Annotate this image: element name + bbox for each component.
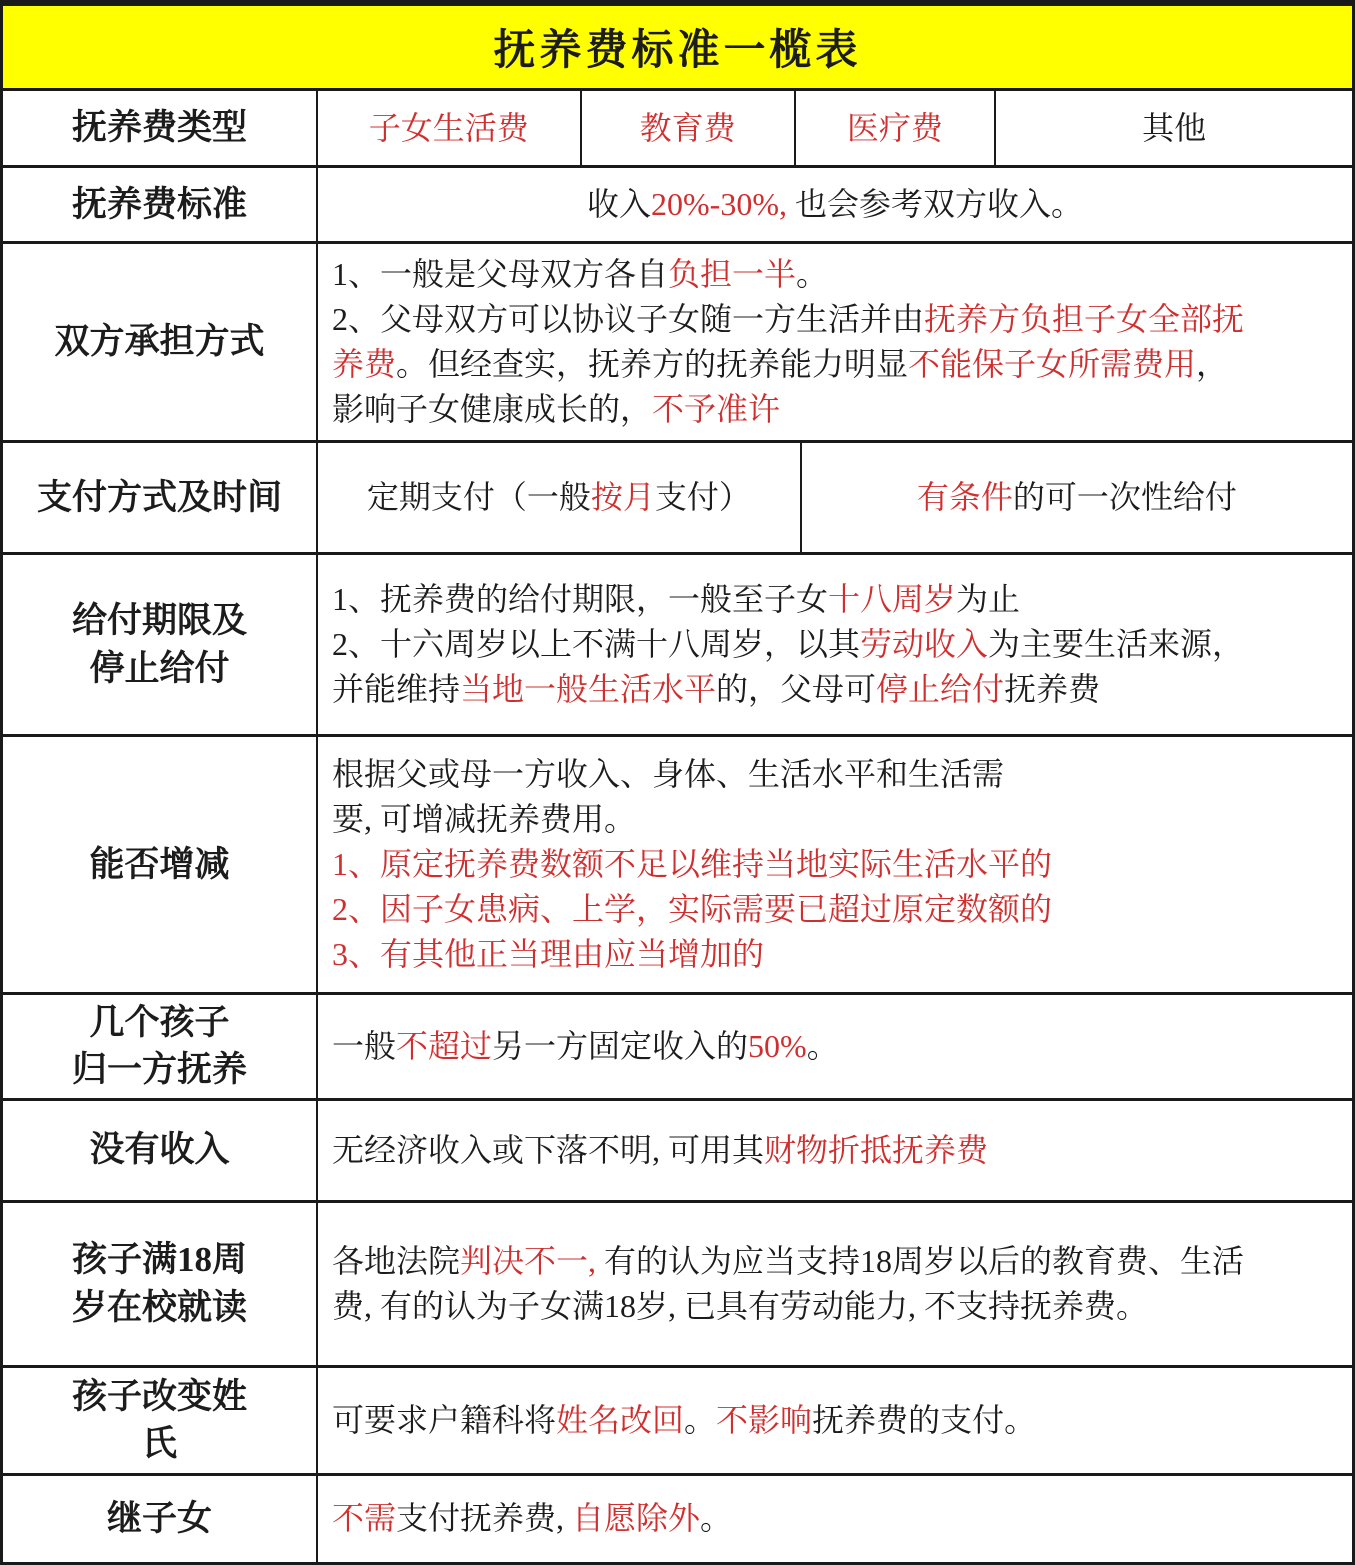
cell-line: 定期支付（一般按月支付） — [367, 475, 751, 520]
row-label: 抚养费标准 — [3, 168, 318, 241]
cell-line: 不需支付抚养费, 自愿除外。 — [332, 1496, 732, 1541]
text-segment: 有的认为应当支持18周岁以后的教育费、生活 — [596, 1243, 1244, 1279]
text-segment: 各地法院 — [332, 1243, 460, 1279]
cell-line: 各地法院判决不一, 有的认为应当支持18周岁以后的教育费、生活 — [332, 1239, 1244, 1284]
cell-line: 1、抚养费的给付期限，一般至子女十八周岁为止 — [332, 577, 1020, 622]
text-segment: 另一方固定收入的 — [492, 1028, 748, 1064]
row-cells: 根据父或母一方收入、身体、生活水平和生活需要, 可增减抚养费用。1、原定抚养费数… — [318, 737, 1352, 992]
highlight-text: 抚养方负担子女全部抚 — [924, 301, 1244, 337]
cell-line: 无经济收入或下落不明, 可用其财物折抵抚养费 — [332, 1128, 988, 1173]
text-segment: 费, 有的认为子女满18岁, 已具有劳动能力, 不支持抚养费。 — [332, 1288, 1148, 1324]
highlight-text: 医疗费 — [847, 110, 943, 146]
highlight-text: 20%-30%, — [651, 186, 787, 222]
cell-line: 教育费 — [640, 106, 736, 151]
row-label: 孩子改变姓 氏 — [3, 1368, 318, 1473]
text-segment: ， — [1196, 346, 1228, 382]
table-body: 抚养费类型子女生活费教育费医疗费其他抚养费标准收入20%-30%, 也会参考双方… — [3, 91, 1352, 1562]
text-segment: 为主要生活来源， — [988, 626, 1244, 662]
row-cells: 可要求户籍科将姓名改回。不影响抚养费的支付。 — [318, 1368, 1352, 1473]
highlight-text: 不需 — [332, 1500, 396, 1536]
table-row: 支付方式及时间定期支付（一般按月支付）有条件的可一次性给付 — [3, 443, 1352, 555]
row-cell: 医疗费 — [794, 91, 995, 165]
row-label: 继子女 — [3, 1476, 318, 1562]
cell-line: 子女生活费 — [369, 106, 529, 151]
row-cell: 根据父或母一方收入、身体、生活水平和生活需要, 可增减抚养费用。1、原定抚养费数… — [318, 737, 1352, 992]
cell-line: 并能维持当地一般生活水平的，父母可停止给付抚养费 — [332, 667, 1100, 712]
text-segment: 收入 — [587, 186, 651, 222]
cell-line: 2、因子女患病、上学，实际需要已超过原定数额的 — [332, 887, 1052, 932]
row-label: 几个孩子 归一方抚养 — [3, 995, 318, 1098]
cell-line: 费, 有的认为子女满18岁, 已具有劳动能力, 不支持抚养费。 — [332, 1284, 1148, 1329]
row-cells: 一般不超过另一方固定收入的50%。 — [318, 995, 1352, 1098]
row-cells: 1、一般是父母双方各自负担一半。2、父母双方可以协议子女随一方生活并由抚养方负担… — [318, 244, 1352, 440]
row-cells: 定期支付（一般按月支付）有条件的可一次性给付 — [318, 443, 1352, 552]
text-segment: 抚养费 — [1004, 671, 1100, 707]
text-segment: 也会参考双方收入。 — [787, 186, 1083, 222]
text-segment: 一般 — [332, 1028, 396, 1064]
text-segment: 要, 可增减抚养费用。 — [332, 801, 636, 837]
highlight-text: 2、因子女患病、上学，实际需要已超过原定数额的 — [332, 891, 1052, 927]
text-segment: 。 — [684, 1402, 716, 1438]
highlight-text: 十八周岁 — [828, 581, 956, 617]
cell-line: 1、一般是父母双方各自负担一半。 — [332, 252, 828, 297]
table-row: 抚养费标准收入20%-30%, 也会参考双方收入。 — [3, 168, 1352, 244]
row-cell: 子女生活费 — [318, 91, 580, 165]
table-row: 孩子满18周 岁在校就读各地法院判决不一, 有的认为应当支持18周岁以后的教育费… — [3, 1203, 1352, 1368]
highlight-text: 停止给付 — [876, 671, 1004, 707]
highlight-text: 50% — [748, 1028, 807, 1064]
text-segment: 影响子女健康成长的， — [332, 391, 652, 427]
row-label: 双方承担方式 — [3, 244, 318, 440]
text-segment: 2、十六周岁以上不满十八周岁，以其 — [332, 626, 860, 662]
highlight-text: 按月 — [591, 479, 655, 515]
table-title: 抚养费标准一榄表 — [3, 6, 1352, 91]
cell-line: 2、父母双方可以协议子女随一方生活并由抚养方负担子女全部抚 — [332, 297, 1244, 342]
highlight-text: 劳动收入 — [860, 626, 988, 662]
text-segment: 的，父母可 — [716, 671, 876, 707]
text-segment: 抚养费的支付。 — [812, 1402, 1036, 1438]
text-segment: 根据父或母一方收入、身体、生活水平和生活需 — [332, 756, 1004, 792]
highlight-text: 负担一半 — [668, 256, 796, 292]
row-cells: 子女生活费教育费医疗费其他 — [318, 91, 1352, 165]
row-label: 能否增减 — [3, 737, 318, 992]
highlight-text: 教育费 — [640, 110, 736, 146]
cell-line: 可要求户籍科将姓名改回。不影响抚养费的支付。 — [332, 1398, 1036, 1443]
row-cell: 有条件的可一次性给付 — [800, 443, 1352, 552]
row-label: 抚养费类型 — [3, 91, 318, 165]
text-segment: 支付抚养费, — [396, 1500, 572, 1536]
text-segment: 。 — [796, 256, 828, 292]
table-row: 几个孩子 归一方抚养一般不超过另一方固定收入的50%。 — [3, 995, 1352, 1101]
row-cells: 无经济收入或下落不明, 可用其财物折抵抚养费 — [318, 1101, 1352, 1200]
highlight-text: 自愿除外 — [572, 1500, 700, 1536]
highlight-text: 养费 — [332, 346, 396, 382]
highlight-text: 判决不一, — [460, 1243, 596, 1279]
row-cell: 1、一般是父母双方各自负担一半。2、父母双方可以协议子女随一方生活并由抚养方负担… — [318, 244, 1352, 440]
text-segment: 其他 — [1142, 110, 1206, 146]
highlight-text: 不能保子女所需费用 — [908, 346, 1196, 382]
highlight-text: 财物折抵抚养费 — [764, 1132, 988, 1168]
row-cell: 收入20%-30%, 也会参考双方收入。 — [318, 168, 1352, 241]
highlight-text: 姓名改回 — [556, 1402, 684, 1438]
text-segment: 2、父母双方可以协议子女随一方生活并由 — [332, 301, 924, 337]
highlight-text: 不影响 — [716, 1402, 812, 1438]
cell-line: 影响子女健康成长的，不予准许 — [332, 387, 780, 432]
row-cells: 1、抚养费的给付期限，一般至子女十八周岁为止2、十六周岁以上不满十八周岁，以其劳… — [318, 555, 1352, 734]
cell-line: 2、十六周岁以上不满十八周岁，以其劳动收入为主要生活来源， — [332, 622, 1244, 667]
row-cell: 不需支付抚养费, 自愿除外。 — [318, 1476, 1352, 1562]
cell-line: 有条件的可一次性给付 — [917, 475, 1237, 520]
cell-line: 其他 — [1142, 106, 1206, 151]
row-cells: 收入20%-30%, 也会参考双方收入。 — [318, 168, 1352, 241]
cell-line: 收入20%-30%, 也会参考双方收入。 — [587, 182, 1083, 227]
row-cell: 可要求户籍科将姓名改回。不影响抚养费的支付。 — [318, 1368, 1352, 1473]
cell-line: 3、有其他正当理由应当增加的 — [332, 932, 764, 977]
highlight-text: 1、原定抚养费数额不足以维持当地实际生活水平的 — [332, 846, 1052, 882]
text-segment: 可要求户籍科将 — [332, 1402, 556, 1438]
cell-line: 养费。但经查实，抚养方的抚养能力明显不能保子女所需费用， — [332, 342, 1228, 387]
text-segment: 支付） — [655, 479, 751, 515]
cell-line: 根据父或母一方收入、身体、生活水平和生活需 — [332, 752, 1004, 797]
highlight-text: 子女生活费 — [369, 110, 529, 146]
row-label: 没有收入 — [3, 1101, 318, 1200]
row-cell: 定期支付（一般按月支付） — [318, 443, 800, 552]
text-segment: 为止 — [956, 581, 1020, 617]
table-row: 能否增减根据父或母一方收入、身体、生活水平和生活需要, 可增减抚养费用。1、原定… — [3, 737, 1352, 995]
row-label: 给付期限及 停止给付 — [3, 555, 318, 734]
table-row: 双方承担方式1、一般是父母双方各自负担一半。2、父母双方可以协议子女随一方生活并… — [3, 244, 1352, 443]
text-segment: 的可一次性给付 — [1013, 479, 1237, 515]
row-cell: 其他 — [994, 91, 1352, 165]
child-support-table: 抚养费标准一榄表 抚养费类型子女生活费教育费医疗费其他抚养费标准收入20%-30… — [0, 0, 1355, 1565]
row-cell: 无经济收入或下落不明, 可用其财物折抵抚养费 — [318, 1101, 1352, 1200]
table-row: 没有收入无经济收入或下落不明, 可用其财物折抵抚养费 — [3, 1101, 1352, 1203]
table-row: 抚养费类型子女生活费教育费医疗费其他 — [3, 91, 1352, 168]
cell-line: 要, 可增减抚养费用。 — [332, 797, 636, 842]
text-segment: 。 — [700, 1500, 732, 1536]
text-segment: 定期支付（一般 — [367, 479, 591, 515]
table-row: 给付期限及 停止给付1、抚养费的给付期限，一般至子女十八周岁为止2、十六周岁以上… — [3, 555, 1352, 737]
row-label: 支付方式及时间 — [3, 443, 318, 552]
highlight-text: 不超过 — [396, 1028, 492, 1064]
row-cells: 各地法院判决不一, 有的认为应当支持18周岁以后的教育费、生活费, 有的认为子女… — [318, 1203, 1352, 1365]
table-row: 继子女不需支付抚养费, 自愿除外。 — [3, 1476, 1352, 1562]
text-segment: 并能维持 — [332, 671, 460, 707]
cell-line: 医疗费 — [847, 106, 943, 151]
row-cell: 教育费 — [580, 91, 794, 165]
highlight-text: 不予准许 — [652, 391, 780, 427]
cell-line: 1、原定抚养费数额不足以维持当地实际生活水平的 — [332, 842, 1052, 887]
row-cell: 一般不超过另一方固定收入的50%。 — [318, 995, 1352, 1098]
row-cells: 不需支付抚养费, 自愿除外。 — [318, 1476, 1352, 1562]
table-row: 孩子改变姓 氏可要求户籍科将姓名改回。不影响抚养费的支付。 — [3, 1368, 1352, 1476]
highlight-text: 有条件 — [917, 479, 1013, 515]
text-segment: 。但经查实，抚养方的抚养能力明显 — [396, 346, 908, 382]
cell-line: 一般不超过另一方固定收入的50%。 — [332, 1024, 839, 1069]
text-segment: 1、一般是父母双方各自 — [332, 256, 668, 292]
highlight-text: 当地一般生活水平 — [460, 671, 716, 707]
row-cell: 1、抚养费的给付期限，一般至子女十八周岁为止2、十六周岁以上不满十八周岁，以其劳… — [318, 555, 1352, 734]
highlight-text: 3、有其他正当理由应当增加的 — [332, 936, 764, 972]
row-label: 孩子满18周 岁在校就读 — [3, 1203, 318, 1365]
text-segment: 1、抚养费的给付期限，一般至子女 — [332, 581, 828, 617]
row-cell: 各地法院判决不一, 有的认为应当支持18周岁以后的教育费、生活费, 有的认为子女… — [318, 1203, 1352, 1365]
text-segment: 无经济收入或下落不明, 可用其 — [332, 1132, 764, 1168]
text-segment: 。 — [807, 1028, 839, 1064]
